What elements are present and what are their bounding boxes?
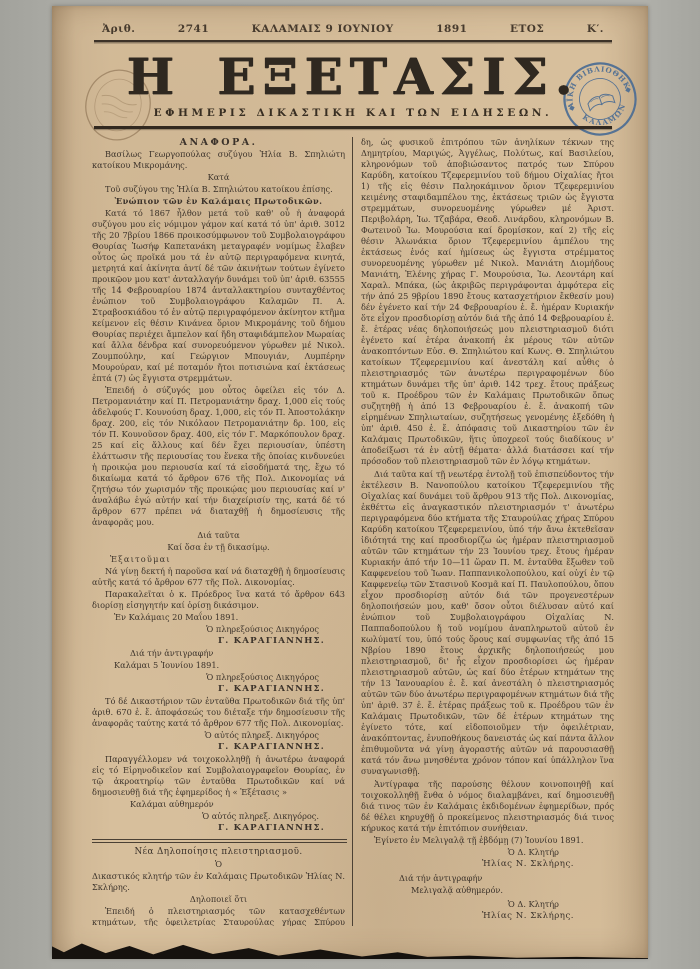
respondent-line: Τοῦ συζύγου της Ἠλία Β. Σπηλιώτου κατοίκ… <box>92 184 345 195</box>
signature-name: Γ. ΚΑΡΑΓΙΑΝΝΗΣ. <box>92 636 345 647</box>
copy-label: Διά τήν ἀντιγραφήν <box>92 648 345 659</box>
body-paragraph: Ἀντίγραφα τῆς παρούσης θέλουν κοινοποιηθ… <box>361 779 614 834</box>
body-paragraph: Τό δέ Δικαστήριον τῶν ἐνταῦθα Πρωτοδικῶν… <box>92 696 345 729</box>
officer-line: Δικαστικός κλητήρ τῶν ἐν Καλάμαις Πρωτοδ… <box>92 871 345 893</box>
dia-tauta-line: Διά ταῦτα <box>92 530 345 541</box>
masthead-rule <box>94 126 612 129</box>
petitioner-line: Βασίλως Γεωργοπούλας συζύγου Ἠλία Β. Σπη… <box>92 149 345 171</box>
kai-osa-line: Καί ὅσα ἐν τῇ δικασίμῳ. <box>92 542 345 553</box>
signature-name: Γ. ΚΑΡΑΓΙΑΝΝΗΣ. <box>92 742 345 753</box>
dateline: Ἐν Καλάμαις 20 Μαΐου 1891. <box>92 612 345 623</box>
masthead-title: Η ΕΞΕΤΑΣΙΣ. <box>92 48 614 106</box>
dateline: Ἐγίνετο ἐν Μελιγαλᾷ τῇ ἑβδόμῃ (7) Ἰουνίο… <box>361 835 614 846</box>
signature-role: Ὁ Δ. Κλητήρ <box>361 847 614 858</box>
body-paragraph: Κατά τό 1867 ἦλθον μετά τοῦ καθ' οὗ ἡ ἀν… <box>92 208 345 384</box>
place-date: ΚΑΛΑΜΑΙΣ 9 ΙΟΥΝΙΟΥ <box>252 23 394 35</box>
copy-label: Διά τήν ἀντιγραφήν <box>361 873 614 884</box>
section-divider-rule <box>92 839 347 843</box>
signature-name: Γ. ΚΑΡΑΓΙΑΝΝΗΣ. <box>92 684 345 695</box>
page-content: Ἀριθ. 2741 ΚΑΛΑΜΑΙΣ 9 ΙΟΥΝΙΟΥ 1891 ΕΤΟΣ … <box>92 6 614 926</box>
masthead-subtitle: ΕΦΗΜΕΡΙΣ ΔΙΚΑΣΤΙΚΗ ΚΑΙ ΤΩΝ ΕΙΔΗΣΕΩΝ. <box>92 107 614 119</box>
body-paragraph: Διά ταῦτα καί τῇ νεωτέρᾳ ἐντολῇ τοῦ ἐπισ… <box>361 469 614 777</box>
body-paragraph: Νά γίνῃ δεκτή ἡ παροῦσα καί νά διαταχθῇ … <box>92 566 345 588</box>
dateline: Καλάμαι αὐθημερόν <box>92 799 345 810</box>
issue-number-label: Ἀριθ. <box>102 23 135 35</box>
dateline: Καλάμαι 5 Ἰουνίου 1891. <box>92 660 345 671</box>
signature-name: Ἠλίας Ν. Σκλήρης. <box>361 911 614 922</box>
signature-role: Ὁ πληρεξούσιος Δικηγόρος <box>92 672 345 683</box>
newspaper-page: ΛΑΪΚΗ ΒΙΒΛΙΟΘΗΚΗ ΚΑΛΑΜΩΝ Ἀριθ. 2741 ΚΑΛΑ… <box>52 6 648 958</box>
torn-paper-edge <box>52 938 648 959</box>
body-paragraph: Παραγγέλλομεν νά τοιχοκολληθῇ ἡ ἀνωτέρω … <box>92 754 345 798</box>
versus-line: Κατά <box>92 172 345 183</box>
scanned-newspaper-screenshot: { "header": { "issue_label": "Ἀριθ.", "i… <box>0 0 700 969</box>
right-column: δη, ὡς φυσικοῦ ἐπιτρόπου τῶν ἀνηλίκων τέ… <box>352 137 614 926</box>
anafora-heading: ΑΝΑΦΟΡΑ. <box>92 137 345 148</box>
issue-header: Ἀριθ. 2741 ΚΑΛΑΜΑΙΣ 9 ΙΟΥΝΙΟΥ 1891 ΕΤΟΣ … <box>92 6 614 40</box>
declares-line: Δηλοποιεῖ ὅτι <box>92 894 345 905</box>
issue-number: 2741 <box>178 23 209 35</box>
heading-article: Ὁ <box>92 859 345 870</box>
body-paragraph: Παρακαλεῖται ὁ κ. Πρόεδρος ἵνα κατά τό ἄ… <box>92 589 345 611</box>
body-paragraph: Ἐπειδή ὁ πλειστηριασμός τῶν κατασχεθέντω… <box>92 906 345 926</box>
left-column: ΑΝΑΦΟΡΑ. Βασίλως Γεωργοπούλας συζύγου Ἠλ… <box>92 137 352 926</box>
auction-notice-heading: Νέα Δηλοποίησις πλειστηριασμοῦ. <box>92 847 345 858</box>
body-columns: ΑΝΑΦΟΡΑ. Βασίλως Γεωργοπούλας συζύγου Ἠλ… <box>92 137 614 926</box>
year: 1891 <box>436 23 467 35</box>
signature-role: Ὁ αὐτός πληρεξ. Δικηγόρος <box>92 730 345 741</box>
era-value: Κ′. <box>587 23 604 35</box>
signature-name: Ἠλίας Ν. Σκλήρης. <box>361 859 614 870</box>
signature-name: Γ. ΚΑΡΑΓΙΑΝΝΗΣ. <box>92 823 345 834</box>
body-paragraph: Ἐπειδή ὁ σύζυγός μου οὗτος ὀφείλει εἰς τ… <box>92 385 345 528</box>
era-label: ΕΤΟΣ <box>510 23 544 35</box>
dateline: Μελιγαλᾷ αὐθημερόν. <box>361 885 614 896</box>
header-rule <box>94 40 612 42</box>
signature-role: Ὁ Δ. Κλητήρ <box>361 899 614 910</box>
exaitoumai-line: Ἐξαιτοῦμαι <box>92 554 345 565</box>
body-paragraph: δη, ὡς φυσικοῦ ἐπιτρόπου τῶν ἀνηλίκων τέ… <box>361 137 614 467</box>
signature-role: Ὁ πληρεξούσιος Δικηγόρος <box>92 624 345 635</box>
court-line: Ἐνώπιον τῶν ἐν Καλάμαις Πρωτοδικῶν. <box>92 196 345 207</box>
signature-role: Ὁ αὐτός πληρεξ. Δικηγόρος. <box>92 811 345 822</box>
